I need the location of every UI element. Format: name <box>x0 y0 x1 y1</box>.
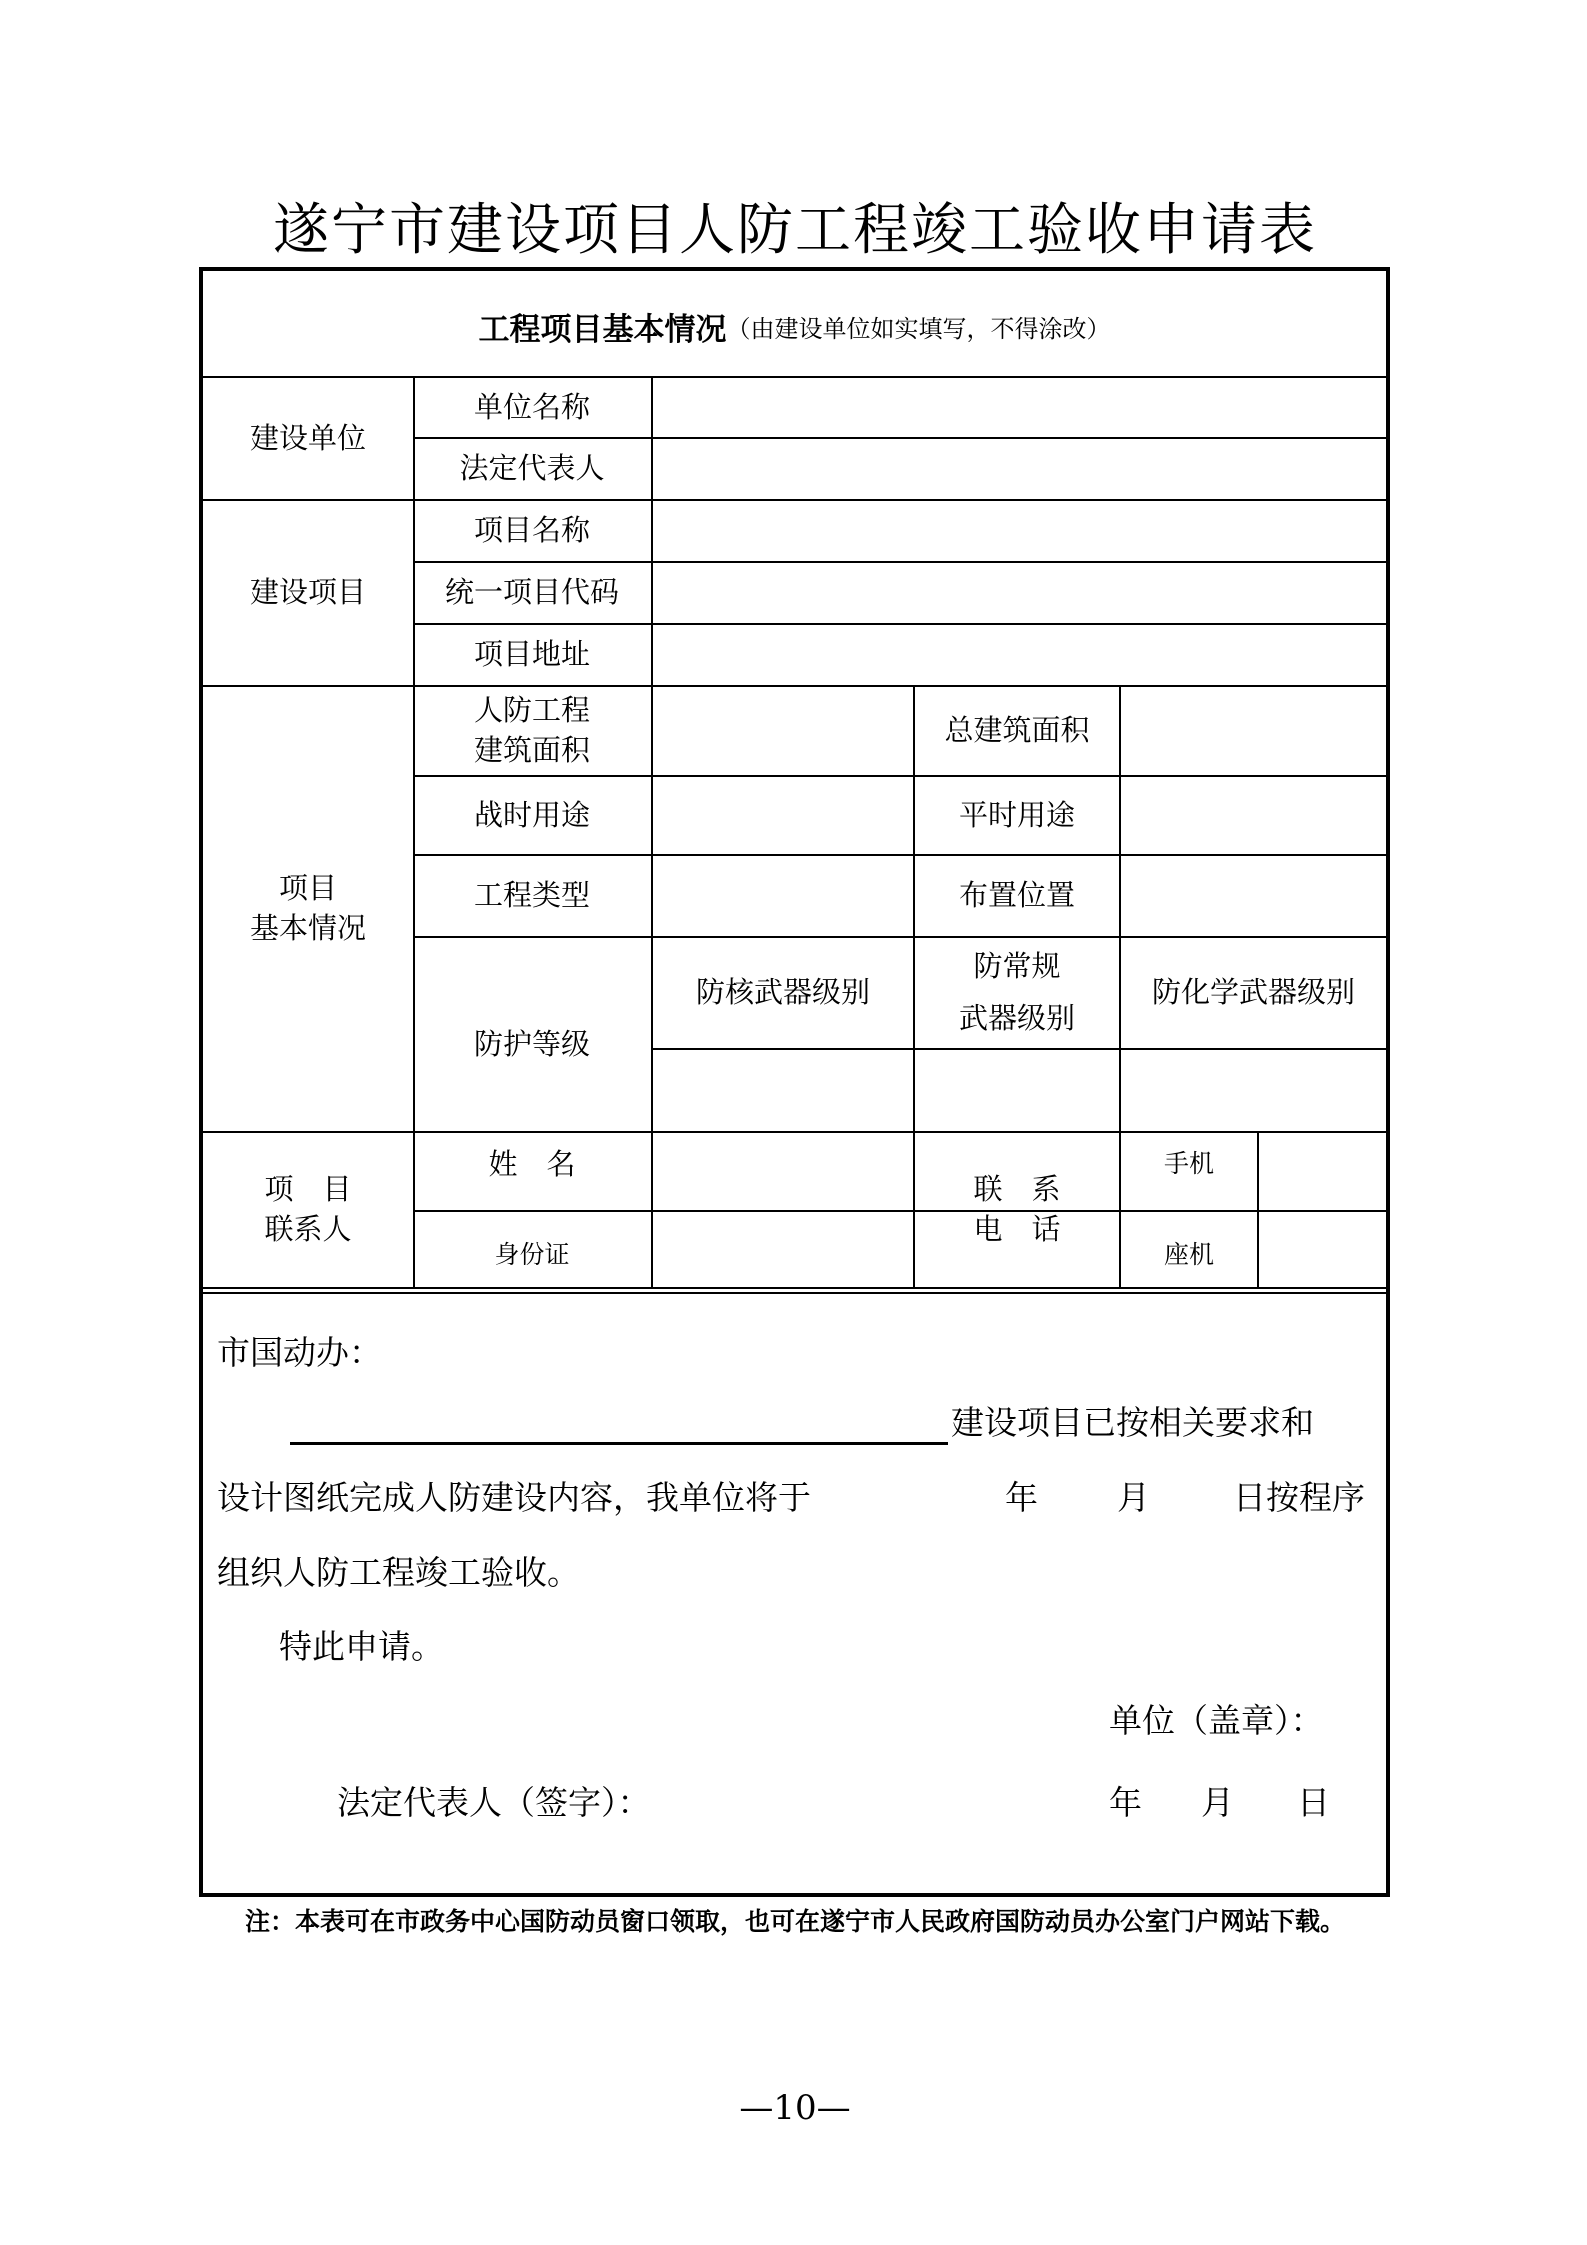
conventional-level-field[interactable] <box>915 1050 1119 1131</box>
contact-id-label: 身份证 <box>413 1210 651 1300</box>
project-basic-info-label-line2: 基本情况 <box>250 908 366 948</box>
stamp-label: 单位（盖章）： <box>1109 1699 1324 1743</box>
nuclear-level-label: 防核武器级别 <box>653 936 913 1048</box>
chemical-level-field[interactable] <box>1121 1050 1386 1131</box>
application-line2-year: 年 <box>1005 1476 1038 1520</box>
project-contact-label-line2: 联系人 <box>264 1209 351 1249</box>
project-code-label: 统一项目代码 <box>413 561 651 623</box>
sign-date-day: 日 <box>1297 1781 1330 1825</box>
landline-label: 座机 <box>1121 1210 1257 1300</box>
legal-rep-label: 法定代表人 <box>413 437 651 499</box>
contact-name-field[interactable] <box>653 1133 913 1210</box>
project-basic-info-label: 项目 基本情况 <box>203 685 413 1131</box>
peacetime-use-label: 平时用途 <box>915 775 1119 854</box>
project-name-label: 项目名称 <box>413 499 651 561</box>
conventional-level-label-line1: 防常规 <box>973 940 1060 992</box>
project-name-blank[interactable] <box>290 1442 948 1445</box>
project-code-field[interactable] <box>653 563 1386 623</box>
unit-name-label: 单位名称 <box>413 376 651 437</box>
page-number: —10— <box>700 2088 890 2128</box>
chemical-level-label: 防化学武器级别 <box>1121 936 1386 1048</box>
project-basic-info-label-line1: 项目 <box>279 868 337 908</box>
wartime-use-field[interactable] <box>653 777 913 854</box>
unit-name-field[interactable] <box>653 378 1386 437</box>
project-address-field[interactable] <box>653 625 1386 685</box>
contact-id-field[interactable] <box>653 1212 913 1287</box>
conventional-level-label-line2: 武器级别 <box>959 992 1075 1044</box>
civil-defense-area-field[interactable] <box>653 687 913 775</box>
closing: 特此申请。 <box>279 1625 444 1669</box>
footnote: 注：本表可在市政务中心国防动员窗口领取，也可在遂宁市人民政府国防动员办公室门户网… <box>200 1902 1390 1938</box>
wartime-use-label: 战时用途 <box>413 775 651 854</box>
signature-label: 法定代表人（签字）： <box>337 1781 651 1825</box>
civil-defense-area-label: 人防工程 建筑面积 <box>413 685 651 775</box>
section-header-title: 工程项目基本情况 <box>479 304 727 349</box>
civil-defense-area-label-line1: 人防工程 <box>474 690 590 730</box>
total-area-label: 总建筑面积 <box>915 685 1119 775</box>
protection-level-label: 防护等级 <box>413 936 651 1131</box>
project-contact-label: 项 目 联系人 <box>203 1131 413 1287</box>
application-line1: 建设项目已按相关要求和 <box>951 1401 1314 1445</box>
project-address-label: 项目地址 <box>413 623 651 685</box>
contact-phone-label-line1: 联 系 <box>973 1169 1060 1209</box>
civil-defense-area-label-line2: 建筑面积 <box>474 730 590 770</box>
application-line2-month: 月 <box>1117 1476 1150 1520</box>
engineering-type-field[interactable] <box>653 856 913 936</box>
mobile-field[interactable] <box>1259 1133 1386 1210</box>
layout-position-label: 布置位置 <box>915 854 1119 936</box>
total-area-field[interactable] <box>1121 687 1386 775</box>
project-name-field[interactable] <box>653 501 1386 561</box>
construction-project-label: 建设项目 <box>203 499 413 685</box>
application-form: 工程项目基本情况（由建设单位如实填写，不得涂改） 建设单位 单位名称 法定代表人… <box>199 267 1390 1897</box>
conventional-level-label: 防常规 武器级别 <box>915 936 1119 1048</box>
document-title: 遂宁市建设项目人防工程竣工验收申请表 <box>200 196 1390 266</box>
landline-field[interactable] <box>1259 1212 1386 1287</box>
section-header: 工程项目基本情况（由建设单位如实填写，不得涂改） <box>203 271 1386 381</box>
mobile-label: 手机 <box>1121 1131 1257 1197</box>
contact-phone-label: 联 系 电 话 <box>915 1131 1119 1287</box>
application-line3: 组织人防工程竣工验收。 <box>217 1551 580 1595</box>
nuclear-level-field[interactable] <box>653 1050 913 1131</box>
application-line2: 设计图纸完成人防建设内容，我单位将于 <box>217 1476 811 1520</box>
layout-position-field[interactable] <box>1121 856 1386 936</box>
engineering-type-label: 工程类型 <box>413 854 651 936</box>
construction-unit-label: 建设单位 <box>203 376 413 499</box>
contact-name-label: 姓 名 <box>413 1131 651 1197</box>
legal-rep-field[interactable] <box>653 439 1386 499</box>
sign-date-year: 年 <box>1109 1781 1142 1825</box>
application-line2-day: 日按程序 <box>1233 1476 1365 1520</box>
contact-phone-label-line2: 电 话 <box>973 1209 1060 1249</box>
salutation: 市国动办： <box>217 1331 382 1375</box>
peacetime-use-field[interactable] <box>1121 777 1386 854</box>
sign-date-month: 月 <box>1201 1781 1234 1825</box>
project-contact-label-line1: 项 目 <box>264 1169 351 1209</box>
section-header-note: （由建设单位如实填写，不得涂改） <box>727 309 1111 344</box>
